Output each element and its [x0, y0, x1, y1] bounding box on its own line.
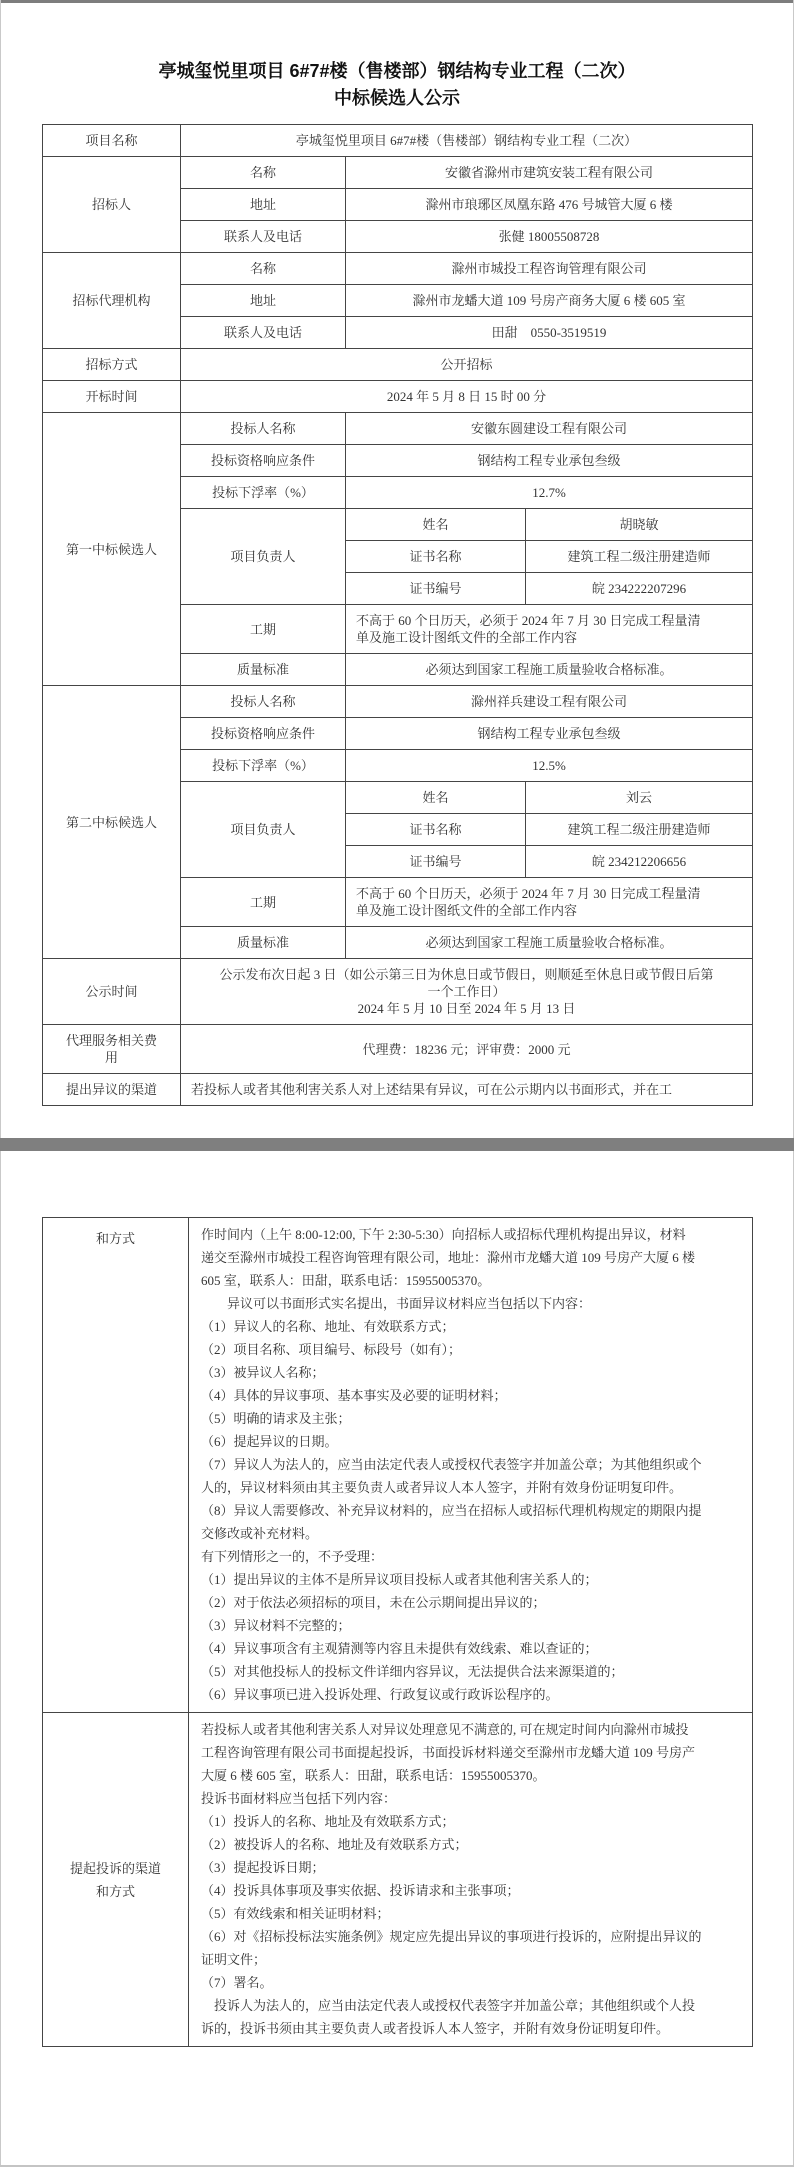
announcement-table-continued: 和方式 作时间内（上午 8:00-12:00, 下午 2:30-5:30）向招标…: [42, 1217, 753, 2047]
row-project-name: 项目名称 亭城玺悦里项目 6#7#楼（售楼部）钢结构专业工程（二次）: [43, 125, 753, 157]
row-objection-channel: 提出异议的渠道 若投标人或者其他利害关系人对上述结果有异议，可在公示期内以书面形…: [43, 1074, 753, 1106]
objection-method-label: 和方式: [43, 1218, 189, 1713]
candidate1-cert-no-label: 证书编号: [346, 573, 526, 605]
agency-fee-value: 代理费：18236 元；评审费：2000 元: [181, 1025, 753, 1074]
announcement-table: 项目名称 亭城玺悦里项目 6#7#楼（售楼部）钢结构专业工程（二次） 招标人 名…: [42, 124, 753, 1106]
candidate1-bidder-name-label: 投标人名称: [181, 413, 346, 445]
candidate2-discount-label: 投标下浮率（%）: [181, 750, 346, 782]
bid-method-value: 公开招标: [181, 349, 753, 381]
tenderer-contact-label: 联系人及电话: [181, 221, 346, 253]
candidate1-duration-label: 工期: [181, 605, 346, 654]
candidate1-cert-no-value: 皖 234222207296: [526, 573, 753, 605]
candidate2-duration-label: 工期: [181, 878, 346, 927]
row-agency-fee: 代理服务相关费 用 代理费：18236 元；评审费：2000 元: [43, 1025, 753, 1074]
agency-fee-label: 代理服务相关费 用: [43, 1025, 181, 1074]
candidate1-duration-value: 不高于 60 个日历天，必须于 2024 年 7 月 30 日完成工程量清 单及…: [346, 605, 753, 654]
project-name-value: 亭城玺悦里项目 6#7#楼（售楼部）钢结构专业工程（二次）: [181, 125, 753, 157]
tenderer-label: 招标人: [43, 157, 181, 253]
candidate1-qualification-value: 钢结构工程专业承包叁级: [346, 445, 753, 477]
candidate1-cert-name-label: 证书名称: [346, 541, 526, 573]
document-title: 亭城玺悦里项目 6#7#楼（售楼部）钢结构专业工程（二次） 中标候选人公示: [42, 3, 752, 112]
row-tenderer-name: 招标人 名称 安徽省滁州市建筑安装工程有限公司: [43, 157, 753, 189]
candidate1-label: 第一中标候选人: [43, 413, 181, 686]
row-candidate2-bidder: 第二中标候选人 投标人名称 滁州祥兵建设工程有限公司: [43, 686, 753, 718]
candidate2-qualification-value: 钢结构工程专业承包叁级: [346, 718, 753, 750]
row-bid-open-time: 开标时间 2024 年 5 月 8 日 15 时 00 分: [43, 381, 753, 413]
candidate2-quality-value: 必须达到国家工程施工质量验收合格标准。: [346, 927, 753, 959]
candidate1-manager-name-label: 姓名: [346, 509, 526, 541]
tenderer-address-value: 滁州市琅琊区凤凰东路 476 号城管大厦 6 楼: [346, 189, 753, 221]
candidate2-manager-label: 项目负责人: [181, 782, 346, 878]
candidate1-bidder-name-value: 安徽东圆建设工程有限公司: [346, 413, 753, 445]
candidate1-manager-label: 项目负责人: [181, 509, 346, 605]
candidate2-bidder-name-label: 投标人名称: [181, 686, 346, 718]
agency-name-value: 滁州市城投工程咨询管理有限公司: [346, 253, 753, 285]
candidate1-qualification-label: 投标资格响应条件: [181, 445, 346, 477]
complaint-channel-label: 提起投诉的渠道 和方式: [43, 1713, 189, 2047]
candidate1-manager-name-value: 胡晓敏: [526, 509, 753, 541]
agency-contact-label: 联系人及电话: [181, 317, 346, 349]
objection-channel-value: 若投标人或者其他利害关系人对上述结果有异议，可在公示期内以书面形式，并在工: [181, 1074, 753, 1106]
tenderer-name-value: 安徽省滁州市建筑安装工程有限公司: [346, 157, 753, 189]
agency-contact-value: 田甜 0550-3519519: [346, 317, 753, 349]
publicity-period-value: 公示发布次日起 3 日（如公示第三日为休息日或节假日，则顺延至休息日或节假日后第…: [181, 959, 753, 1025]
candidate1-discount-label: 投标下浮率（%）: [181, 477, 346, 509]
candidate2-cert-name-value: 建筑工程二级注册建造师: [526, 814, 753, 846]
bid-open-time-label: 开标时间: [43, 381, 181, 413]
row-agency-name: 招标代理机构 名称 滁州市城投工程咨询管理有限公司: [43, 253, 753, 285]
page-2: 和方式 作时间内（上午 8:00-12:00, 下午 2:30-5:30）向招标…: [1, 1151, 793, 2167]
row-bid-method: 招标方式 公开招标: [43, 349, 753, 381]
complaint-channel-text: 若投标人或者其他利害关系人对异议处理意见不满意的, 可在规定时间内向滁州市城投 …: [189, 1713, 753, 2047]
candidate1-quality-value: 必须达到国家工程施工质量验收合格标准。: [346, 654, 753, 686]
agency-label: 招标代理机构: [43, 253, 181, 349]
tenderer-address-label: 地址: [181, 189, 346, 221]
document-title-line1: 亭城玺悦里项目 6#7#楼（售楼部）钢结构专业工程（二次）: [42, 58, 752, 85]
row-publicity-period: 公示时间 公示发布次日起 3 日（如公示第三日为休息日或节假日，则顺延至休息日或…: [43, 959, 753, 1025]
publicity-period-label: 公示时间: [43, 959, 181, 1025]
candidate2-quality-label: 质量标准: [181, 927, 346, 959]
candidate2-manager-name-value: 刘云: [526, 782, 753, 814]
candidate2-bidder-name-value: 滁州祥兵建设工程有限公司: [346, 686, 753, 718]
candidate1-discount-value: 12.7%: [346, 477, 753, 509]
document-viewport: 亭城玺悦里项目 6#7#楼（售楼部）钢结构专业工程（二次） 中标候选人公示 项目…: [0, 0, 794, 2167]
candidate1-cert-name-value: 建筑工程二级注册建造师: [526, 541, 753, 573]
bid-method-label: 招标方式: [43, 349, 181, 381]
agency-name-label: 名称: [181, 253, 346, 285]
row-objection-method: 和方式 作时间内（上午 8:00-12:00, 下午 2:30-5:30）向招标…: [43, 1218, 753, 1713]
page-separator: [0, 1138, 794, 1151]
candidate2-manager-name-label: 姓名: [346, 782, 526, 814]
candidate2-duration-value: 不高于 60 个日历天，必须于 2024 年 7 月 30 日完成工程量清 单及…: [346, 878, 753, 927]
project-name-label: 项目名称: [43, 125, 181, 157]
bid-open-time-value: 2024 年 5 月 8 日 15 时 00 分: [181, 381, 753, 413]
candidate2-cert-name-label: 证书名称: [346, 814, 526, 846]
candidate2-qualification-label: 投标资格响应条件: [181, 718, 346, 750]
candidate1-quality-label: 质量标准: [181, 654, 346, 686]
page-1: 亭城玺悦里项目 6#7#楼（售楼部）钢结构专业工程（二次） 中标候选人公示 项目…: [1, 3, 793, 1138]
row-candidate1-bidder: 第一中标候选人 投标人名称 安徽东圆建设工程有限公司: [43, 413, 753, 445]
candidate2-cert-no-value: 皖 234212206656: [526, 846, 753, 878]
objection-method-text: 作时间内（上午 8:00-12:00, 下午 2:30-5:30）向招标人或招标…: [189, 1218, 753, 1713]
document-title-line2: 中标候选人公示: [42, 85, 752, 112]
candidate2-discount-value: 12.5%: [346, 750, 753, 782]
candidate2-cert-no-label: 证书编号: [346, 846, 526, 878]
candidate2-label: 第二中标候选人: [43, 686, 181, 959]
objection-channel-label: 提出异议的渠道: [43, 1074, 181, 1106]
tenderer-contact-value: 张健 18005508728: [346, 221, 753, 253]
row-complaint-channel: 提起投诉的渠道 和方式 若投标人或者其他利害关系人对异议处理意见不满意的, 可在…: [43, 1713, 753, 2047]
tenderer-name-label: 名称: [181, 157, 346, 189]
agency-address-label: 地址: [181, 285, 346, 317]
agency-address-value: 滁州市龙蟠大道 109 号房产商务大厦 6 楼 605 室: [346, 285, 753, 317]
